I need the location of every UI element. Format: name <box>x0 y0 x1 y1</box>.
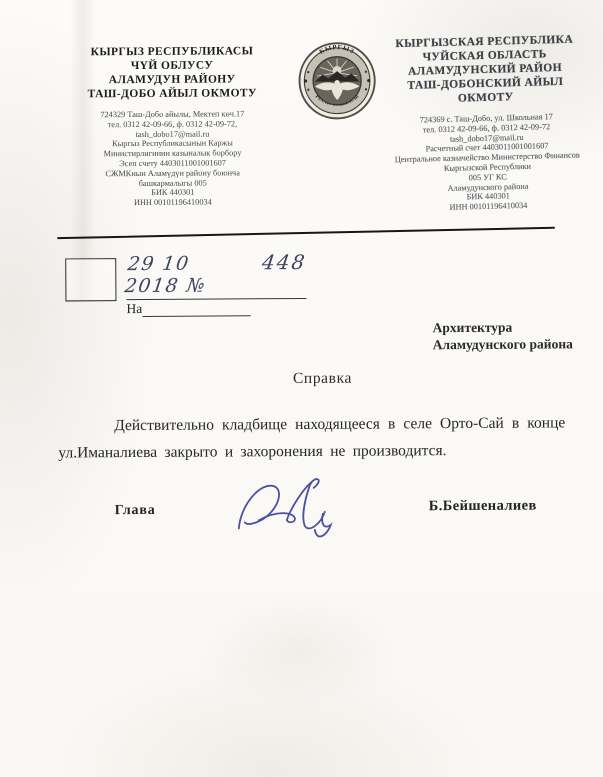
kyrgyz-coat-of-arms-icon: КЫРГЫЗ РЕСПУБЛИКАСЫ <box>296 36 377 213</box>
signature-scribble <box>228 470 368 551</box>
letterhead-detail-line: ИНН 00101196410034 <box>51 197 295 208</box>
letterhead-kyrgyz-title: КЫРГЫЗ РЕСПУБЛИКАСЫ ЧҮЙ ОБЛУСУ АЛАМУДУН … <box>50 44 294 101</box>
letterhead-kyrgyz-block: КЫРГЫЗ РЕСПУБЛИКАСЫ ЧҮЙ ОБЛУСУ АЛАМУДУН … <box>50 36 295 214</box>
na-line: На <box>126 300 306 317</box>
letterhead-title-line: ЧҮЙ ОБЛУСУ <box>50 58 294 73</box>
handwritten-date: 29 10 2018 № <box>123 252 243 297</box>
handwritten-number: 448 <box>260 250 307 274</box>
na-underline <box>142 301 250 317</box>
letterhead-russian-title: КЫРГЫЗСКАЯ РЕСПУБЛИКА ЧУЙСКАЯ ОБЛАСТЬ АЛ… <box>377 32 593 107</box>
letterhead-title-line: ТАШ-ДОБО АЙЫЛ ОКМОТУ <box>50 86 294 101</box>
letterhead-kyrgyz-details: 724329 Таш-Добо айылы, Мектеп көч.17 тел… <box>50 109 295 208</box>
signer-name: Б.Бейшеналиев <box>429 498 537 516</box>
document-content: КЫРГЫЗ РЕСПУБЛИКАСЫ ЧҮЙ ОБЛУСУ АЛАМУДУН … <box>0 0 603 777</box>
letterhead-divider <box>57 227 555 240</box>
scanned-document-page: КЫРГЫЗ РЕСПУБЛИКАСЫ ЧҮЙ ОБЛУСУ АЛАМУДУН … <box>0 0 603 777</box>
addressee-line: Архитектура <box>433 318 573 336</box>
stamp-box <box>65 258 116 301</box>
date-number-line: 29 10 2018 № 448 <box>126 250 306 300</box>
signer-position: Глава <box>115 503 156 519</box>
letterhead-russian-details: 724369 с. Таш-Добо, ул. Школьная 17 тел.… <box>379 111 595 214</box>
reference-block: 29 10 2018 № 448 На <box>126 250 306 317</box>
addressee: Архитектура Аламудунского района <box>433 318 573 353</box>
letterhead-russian-block: КЫРГЫЗСКАЯ РЕСПУБЛИКА ЧУЙСКАЯ ОБЛАСТЬ АЛ… <box>377 32 595 214</box>
letterhead-title-line: КЫРГЫЗ РЕСПУБЛИКАСЫ <box>50 44 294 59</box>
letterhead-title-line: АЛАМУДУН РАЙОНУ <box>50 72 294 87</box>
letterhead: КЫРГЫЗ РЕСПУБЛИКАСЫ ЧҮЙ ОБЛУСУ АЛАМУДУН … <box>50 34 594 214</box>
addressee-line: Аламудунского района <box>433 335 573 353</box>
document-title: Справка <box>21 368 603 390</box>
body-paragraph: Действительно кладбище находящееся в сел… <box>58 409 565 466</box>
na-label: На <box>126 301 142 317</box>
